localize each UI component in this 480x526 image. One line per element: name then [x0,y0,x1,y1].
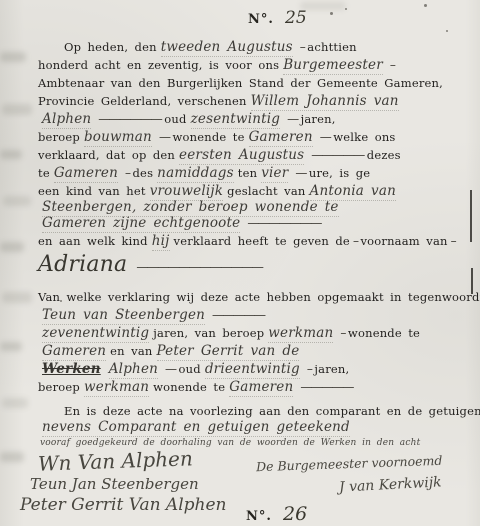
fill-line-dash: — [295,166,306,180]
handwritten-text: Gameren [249,129,313,147]
fill-line-dash: – [451,234,456,248]
handwritten-text: Willem Johannis van [251,93,399,111]
page-edge-mark [470,190,472,242]
document-line: een kind van hetvrouwelijkgeslacht vanAn… [38,182,442,200]
next-act-number-value: 26 [283,503,307,525]
handwritten-text: Gameren zijne echtgenoote [42,215,240,233]
document-line: Teun van Steenbergen————— [38,306,442,324]
printed-text: wonende te [172,130,244,144]
fill-line-dash: ———————————— [136,260,262,274]
handwritten-text: bouwman [84,129,152,147]
handwritten-text: Burgemeester [283,57,383,75]
bleed-through-artifact [0,342,22,351]
document-line: en aan welk kindhijverklaard heeft te ge… [38,232,442,250]
ink-speck [60,300,62,302]
handwritten-text: Teun van Steenbergen [42,307,205,325]
fill-line-dash: – [340,326,345,340]
handwritten-text: zevenentwintig [42,325,149,343]
handwritten-text: werkman [268,325,333,343]
scanned-document-page: { "header": { "number_label": "N\u00b0."… [0,0,480,526]
fill-line-dash: — [320,130,331,144]
printed-text: ure, is ge [309,166,370,180]
bleed-through-artifact [0,52,26,62]
witness1-signature: Teun Jan Steenbergen [30,474,199,495]
child-name-line: Adriana———————————— [38,250,442,282]
handwritten-text: Gameren [42,343,106,361]
document-line: Gameren zijne echtgenoote——————— [38,216,442,232]
ink-speck [345,8,347,10]
burgemeester-title: De Burgemeester voornoemd [255,453,442,474]
act-number-header: N°. 25 [248,8,307,28]
handwritten-text: tweeden Augustus [161,39,293,57]
printed-text: jaren, [314,362,349,376]
ink-speck [424,4,427,7]
fill-line-dash: ——————— [247,216,321,230]
printed-text: Provincie Gelderland, verschenen [38,94,247,108]
fill-line-dash: – [300,40,305,54]
handwritten-text: eersten Augustus [179,147,304,165]
signature-row-declarant: Wn Van Alphen De Burgemeester voornoemd [38,450,442,474]
fill-line-dash: ————— [311,148,364,162]
printed-text: achttien [307,40,356,54]
document-line: Provincie Gelderland, verschenenWillem J… [38,92,442,110]
printed-text: Ambtenaar van den Burgerlijken Stand der… [38,76,443,90]
document-line: verklaard, dat op deneersten Augustus———… [38,146,442,164]
handwritten-text: hij [152,233,170,251]
printed-text: en van [110,344,152,358]
bleed-through-artifact [2,398,28,408]
document-line: Alphen——————oudzesentwintig—jaren, [38,110,442,128]
printed-text: voornaam van [360,234,447,248]
printed-text: des [133,166,154,180]
handwritten-text: drieentwintig [205,361,300,379]
ink-speck [446,30,448,32]
line-op-heden: Op heden, dentweeden Augustus–achttien [38,38,442,56]
document-line: beroepbouwman—wonende teGameren—welke on… [38,128,442,146]
printed-text: beroep [38,380,80,394]
printed-text: Op heden, den [64,40,157,54]
ink-speck [330,12,333,15]
signature-row-witness1: Teun Jan Steenbergen J van Kerkwijk [38,474,442,495]
printed-text: Van welke verklaring wij deze acte hebbe… [38,290,480,304]
document-line: teGameren–desnamiddagstenvier—ure, is ge [38,164,442,182]
handwritten-text: Alphen [109,361,158,379]
printed-text: oud [179,362,201,376]
fill-line-dash: — [287,112,298,126]
document-line: beroepwerkmanwonende teGameren————— [38,378,442,396]
handwritten-text: namiddags [157,165,234,183]
document-lines: Op heden, dentweeden Augustus–achttienho… [38,38,442,448]
handwritten-text: werkman [84,379,149,397]
number-label: N°. [246,509,272,524]
handwritten-text: vier [261,165,288,183]
document-line: En is deze acte na voorlezing aan den co… [38,402,442,420]
printed-text: ten [238,166,257,180]
printed-text: wonende te [348,326,420,340]
fill-line-dash: —————— [98,112,161,126]
burgemeester-signature: J van Kerkwijk [339,474,442,495]
document-line: Ambtenaar van den Burgerlijken Stand der… [38,74,442,92]
fill-line-dash: – [353,234,358,248]
document-line: WerkenAlphen—ouddrieentwintig–jaren, [38,360,442,378]
fill-line-dash: ————— [300,380,353,394]
printed-text: welke ons [333,130,395,144]
bleed-through-artifact [0,242,24,252]
document-line: zevenentwintigjaren, van beroepwerkman–w… [38,324,442,342]
next-act-number-footer: N°. 26 [246,503,307,525]
number-label: N°. [248,12,274,27]
witness2-signature: Peter Gerrit Van Alphen [20,495,226,517]
printed-text: verklaard heeft te geven de [174,234,350,248]
document-line: Steenbergen, zonder beroep wonende te [38,200,442,216]
handwritten-text: Gameren [229,379,293,397]
handwritten-text: Gameren [54,165,118,183]
printed-text: jaren, van beroep [153,326,264,340]
document-line: Van welke verklaring wij deze acte hebbe… [38,288,442,306]
bleed-through-artifact [2,104,32,115]
document-line: nevens Comparant en getuigen geteekend [38,420,442,436]
printed-text: een kind van het [38,184,146,198]
handwritten-text: nevens Comparant en getuigen geteekend [42,419,350,437]
fill-line-dash: – [307,362,312,376]
document-line: Gamerenen vanPeter Gerrit van de [38,342,442,360]
document-body: Op heden, dentweeden Augustus–achttienho… [38,38,442,517]
fill-line-dash: – [390,58,395,72]
bleed-through-artifact [2,292,32,303]
struck-handwritten-word: Werken [42,361,101,377]
act-number-value: 25 [285,8,307,28]
printed-text: verklaard, dat op den [38,148,175,162]
signature-row-witness2: Peter Gerrit Van Alphen [38,495,442,517]
handwritten-text: Alphen [42,111,91,129]
child-name: Adriana [38,252,127,277]
printed-text: En is deze acte na voorlezing aan den co… [64,404,480,418]
marginal-note-text: vooraf goedgekeurd de doorhaling van de … [40,438,420,448]
printed-text: oud [164,112,186,126]
printed-text: en aan welk kind [38,234,148,248]
bleed-through-artifact [3,196,31,206]
printed-text: wonende te [153,380,225,394]
printed-text: geslacht van [227,184,305,198]
handwritten-text: Peter Gerrit van de [157,343,300,361]
printed-text: dezes [367,148,401,162]
printed-text: jaren, [301,112,336,126]
bleed-through-artifact [0,452,24,462]
fill-line-dash: – [125,166,130,180]
marginal-correction-note: vooraf goedgekeurd de doorhaling van de … [38,436,442,448]
printed-text: te [38,166,50,180]
fill-line-dash: — [165,362,176,376]
declarant-signature: Wn Van Alphen [38,447,194,476]
printed-text: honderd acht en zeventig, is voor ons [38,58,279,72]
handwritten-text: zesentwintig [191,111,281,129]
fill-line-dash: ————— [212,308,265,322]
document-line: honderd acht en zeventig, is voor onsBur… [38,56,442,74]
page-edge-mark [471,268,473,294]
fill-line-dash: — [159,130,170,144]
printed-text: beroep [38,130,80,144]
bleed-through-artifact [0,150,22,159]
